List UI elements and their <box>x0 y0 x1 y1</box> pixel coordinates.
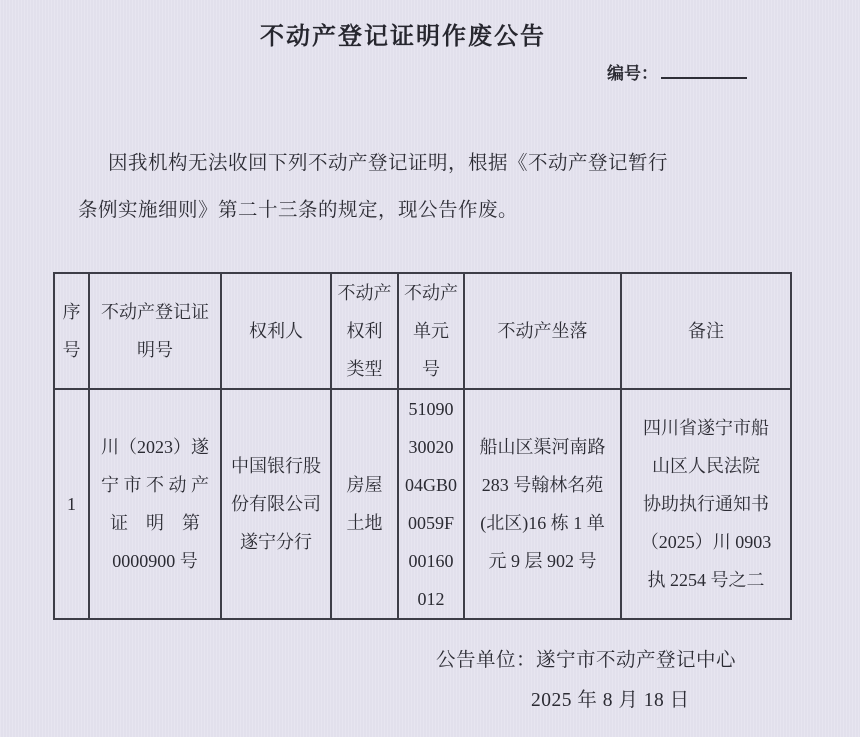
header-cert-no: 不动产登记证 明号 <box>89 273 221 389</box>
cell-right-type: 房屋 土地 <box>331 389 398 619</box>
header-owner: 权利人 <box>221 273 331 389</box>
certificates-table: 序 号 不动产登记证 明号 权利人 不动产 权利 类型 不动产 单元 号 不动产… <box>53 272 792 620</box>
table-header-row: 序 号 不动产登记证 明号 权利人 不动产 权利 类型 不动产 单元 号 不动产… <box>54 273 791 389</box>
body-paragraph: 因我机构无法收回下列不动产登记证明，根据《不动产登记暂行 条例实施细则》第二十三… <box>78 140 772 234</box>
serial-number-row: 编号： <box>607 59 747 84</box>
announcing-unit: 公告单位：遂宁市不动产登记中心 <box>436 644 736 672</box>
cell-cert-no: 川（2023）遂 宁 市 不 动 产 证 明 第 0000900 号 <box>89 389 221 619</box>
announcement-date: 2025 年 8 月 18 日 <box>531 684 690 712</box>
cell-index: 1 <box>54 389 89 619</box>
cell-owner: 中国银行股 份有限公司 遂宁分行 <box>221 389 331 619</box>
header-right-type: 不动产 权利 类型 <box>331 273 398 389</box>
document-page: 不动产登记证明作废公告 编号： 因我机构无法收回下列不动产登记证明，根据《不动产… <box>0 0 860 737</box>
table-row: 1 川（2023）遂 宁 市 不 动 产 证 明 第 0000900 号 中国银… <box>54 389 791 619</box>
page-title: 不动产登记证明作废公告 <box>0 16 806 51</box>
cell-unit-no: 51090 30020 04GB0 0059F 00160 012 <box>398 389 464 619</box>
serial-label: 编号： <box>607 64 658 83</box>
header-remark: 备注 <box>621 273 791 389</box>
header-index: 序 号 <box>54 273 89 389</box>
header-location: 不动产坐落 <box>464 273 621 389</box>
header-unit-no: 不动产 单元 号 <box>398 273 464 389</box>
cell-remark: 四川省遂宁市船 山区人民法院 协助执行通知书 （2025）川 0903 执 22… <box>621 389 791 619</box>
serial-blank-line <box>661 62 747 79</box>
cell-location: 船山区渠河南路 283 号翰林名苑 (北区)16 栋 1 单 元 9 层 902… <box>464 389 621 619</box>
